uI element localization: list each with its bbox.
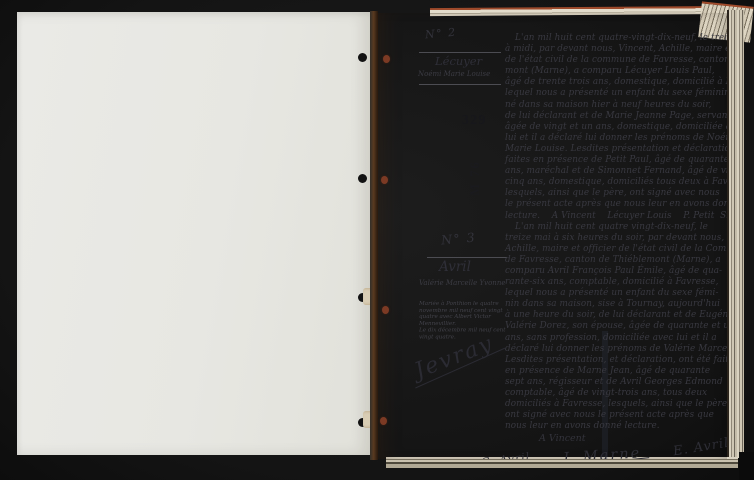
text-line: en présence de Marne Jean, âgé de quaran…	[505, 366, 727, 377]
margin-rule	[419, 84, 501, 85]
text-line: L'an mil huit cent quatre-vingt-dix-neuf…	[505, 33, 727, 44]
binder-hole-icon	[382, 306, 389, 314]
text-line: nous leur en avons donné lecture.	[505, 421, 727, 432]
text-line: comptable, âgé de vingt-trois ans, tous …	[505, 388, 727, 399]
text-line: de lui déclarant et de Marie Jeanne Page…	[505, 111, 727, 122]
binder-hole-icon	[380, 417, 387, 425]
binder-hole-icon	[358, 174, 367, 183]
text-line: rante-six ans, comptable, domicilié à Fa…	[505, 277, 727, 288]
text-line: L'an mil huit cent quatre vingt-dix-neuf…	[505, 222, 727, 233]
act-body-column: L'an mil huit cent quatre-vingt-dix-neuf…	[505, 33, 727, 459]
text-line: lequel nous a présenté un enfant du sexe…	[505, 288, 727, 299]
text-line: ans, maréchal et de Simonnet Fernand, âg…	[505, 166, 727, 177]
text-line: de Favresse, canton de Thiéblemont (Marn…	[505, 255, 727, 266]
text-line: Marie Louise. Lesdites présentation et d…	[505, 144, 727, 155]
margin-rule	[427, 257, 507, 258]
text-line: nin dans sa maison, sise à Tournay, aujo…	[505, 299, 727, 310]
binder-hole-icon	[383, 55, 390, 63]
text-line: treize mai à six heures du soir, par dev…	[505, 233, 727, 244]
act-surname: Avril	[439, 259, 471, 275]
text-line: novembre mil neuf cent vingt	[419, 307, 507, 314]
archive-stamp-number: 329	[462, 112, 487, 128]
marriage-margin-note: Mariée à Ponthion le quatrenovembre mil …	[419, 300, 507, 340]
text-line: Achille, maire et officier de l'état civ…	[505, 244, 727, 255]
text-line: lesquels, ainsi que le père, ont signé a…	[505, 188, 727, 199]
text-line: Lesdites présentation, et déclaration, o…	[505, 355, 727, 366]
text-line: de l'état civil de la commune de Favress…	[505, 55, 727, 66]
text-line: âgée de vingt et un ans, domestique, dom…	[505, 122, 727, 133]
text-line: vingt quatre.	[419, 334, 507, 341]
act-3-body-text: L'an mil huit cent quatre vingt-dix-neuf…	[505, 222, 727, 433]
text-line: lequel nous a présenté un enfant du sexe…	[505, 88, 727, 99]
act-surname: Lécuyer	[435, 54, 482, 68]
photo-corner	[739, 452, 754, 480]
act-given-names: Valérie Marcelle Yvonne	[419, 279, 505, 287]
text-line: Le dix décembre mil neuf cent	[419, 327, 507, 334]
signature-center: J. Marne	[563, 446, 642, 459]
text-line: né dans sa maison hier à neuf heures du …	[505, 100, 727, 111]
text-line: comparu Avril François Paul Émile, âgé d…	[505, 266, 727, 277]
text-line: le présent acte après que nous leur en a…	[505, 199, 727, 210]
margin-rule	[419, 52, 501, 53]
page-stack-right-edge	[727, 10, 744, 458]
text-line: à midi, par devant nous, Vincent, Achill…	[505, 44, 727, 55]
text-line: lui et il a déclaré lui donner les préno…	[505, 133, 727, 144]
archive-stamp-code: M 76	[456, 152, 494, 204]
left-blank-page	[17, 12, 371, 455]
text-line: déclaré lui donner les prénoms de Valéri…	[505, 344, 727, 355]
text-line: lecture. A Vincent Lécuyer Louis P. Peti…	[505, 211, 727, 222]
text-line: sept ans, régisseur et de Avril Georges …	[505, 377, 727, 388]
text-line: ont signé avec nous le présent acte aprè…	[505, 410, 727, 421]
text-line: Mariée à Ponthion le quatre	[419, 300, 507, 307]
text-line: quatre avec Albert Victor	[419, 313, 507, 320]
text-line: Valérie Dorez, son épouse, âgée de quara…	[505, 321, 727, 332]
signature-row: G. Avril J. Marne E. Avril	[505, 445, 727, 459]
register-photo: N° 2 Lécuyer Noémi Marie Louise 329 M 76…	[0, 0, 754, 480]
text-line: Mennevillier.	[419, 320, 507, 327]
act-number: N° 2	[424, 26, 457, 42]
text-line: ans, sans profession, domiciliée avec lu…	[505, 333, 727, 344]
text-line: âgé de trente trois ans, domestique, dom…	[505, 77, 727, 88]
act-given-names: Noémi Marie Louise	[418, 70, 490, 78]
act-number: N° 3	[440, 229, 476, 247]
signature-left: G. Avril	[480, 450, 531, 459]
text-line: à une heure du soir, de lui déclarant et…	[505, 310, 727, 321]
binder-hole-icon	[358, 53, 367, 62]
text-line: faites en présence de Petit Paul, âgé de…	[505, 155, 727, 166]
register-page: N° 2 Lécuyer Noémi Marie Louise 329 M 76…	[377, 13, 727, 459]
binder-hole-icon	[381, 176, 388, 184]
text-line: domiciliés à Favresse, lesquels, ainsi q…	[505, 399, 727, 410]
text-line: mont (Marne), a comparu Lécuyer Louis Pa…	[505, 66, 727, 77]
act-2-body-text: L'an mil huit cent quatre-vingt-dix-neuf…	[505, 33, 727, 222]
text-line: cinq ans, domestique, domiciliés tous de…	[505, 177, 727, 188]
